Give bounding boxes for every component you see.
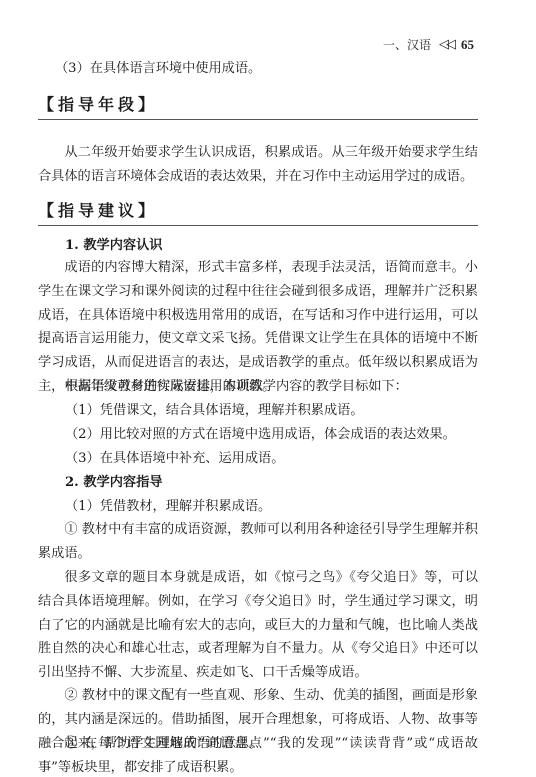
goal-item: （3）在具体语境中补充、运用成语。 (65, 452, 284, 465)
heading-content-guidance: 2. 教学内容指导 (65, 476, 162, 489)
chapter-title: 一、汉语 (383, 36, 431, 53)
subheading-textbook: （1）凭借教材，理解并积累成语。 (65, 500, 271, 513)
goal-item: （1）凭借课文，结合具体语境，理解并积累成语。 (65, 404, 364, 417)
section-divider (38, 119, 478, 120)
section-title-grade: 【指导年段】 (38, 92, 478, 115)
paragraph-content-understanding: 成语的内容博大精深，形式丰富多样，表现手法灵活，语简而意丰。小学生在课文学习和课… (38, 256, 478, 399)
running-header: 一、汉语 ◁◁ 65 (383, 36, 474, 53)
section-divider (38, 225, 478, 226)
goal-item: （2）用比较对照的方式在语境中选用成语，体会成语的表达效果。 (65, 428, 456, 441)
point-three: ③ 在每个语文园地的“词语盘点”“我的发现”“读读背背”或“成语故事”等板块里，… (38, 732, 478, 777)
heading-content-understanding: 1. 教学内容认识 (65, 239, 162, 252)
section-title-advice: 【指导建议】 (38, 198, 478, 221)
intro-item: （3）在具体语言环境中使用成语。 (55, 62, 261, 75)
page-arrow-icon: ◁◁ (439, 37, 453, 52)
goals-intro: 根据语文教材的实际安排，本项教学内容的教学目标如下： (65, 380, 408, 393)
page-number: 65 (461, 37, 474, 53)
grade-paragraph: 从二年级开始要求学生认识成语，积累成语。从三年级开始要求学生结合具体的语言环境体… (38, 141, 478, 189)
paragraph-examples: 很多文章的题目本身就是成语，如《惊弓之鸟》《夸父追日》等，可以结合具体语境理解。… (38, 566, 478, 685)
point-one: ① 教材中有丰富的成语资源，教师可以利用各种途径引导学生理解并积累成语。 (38, 518, 478, 566)
